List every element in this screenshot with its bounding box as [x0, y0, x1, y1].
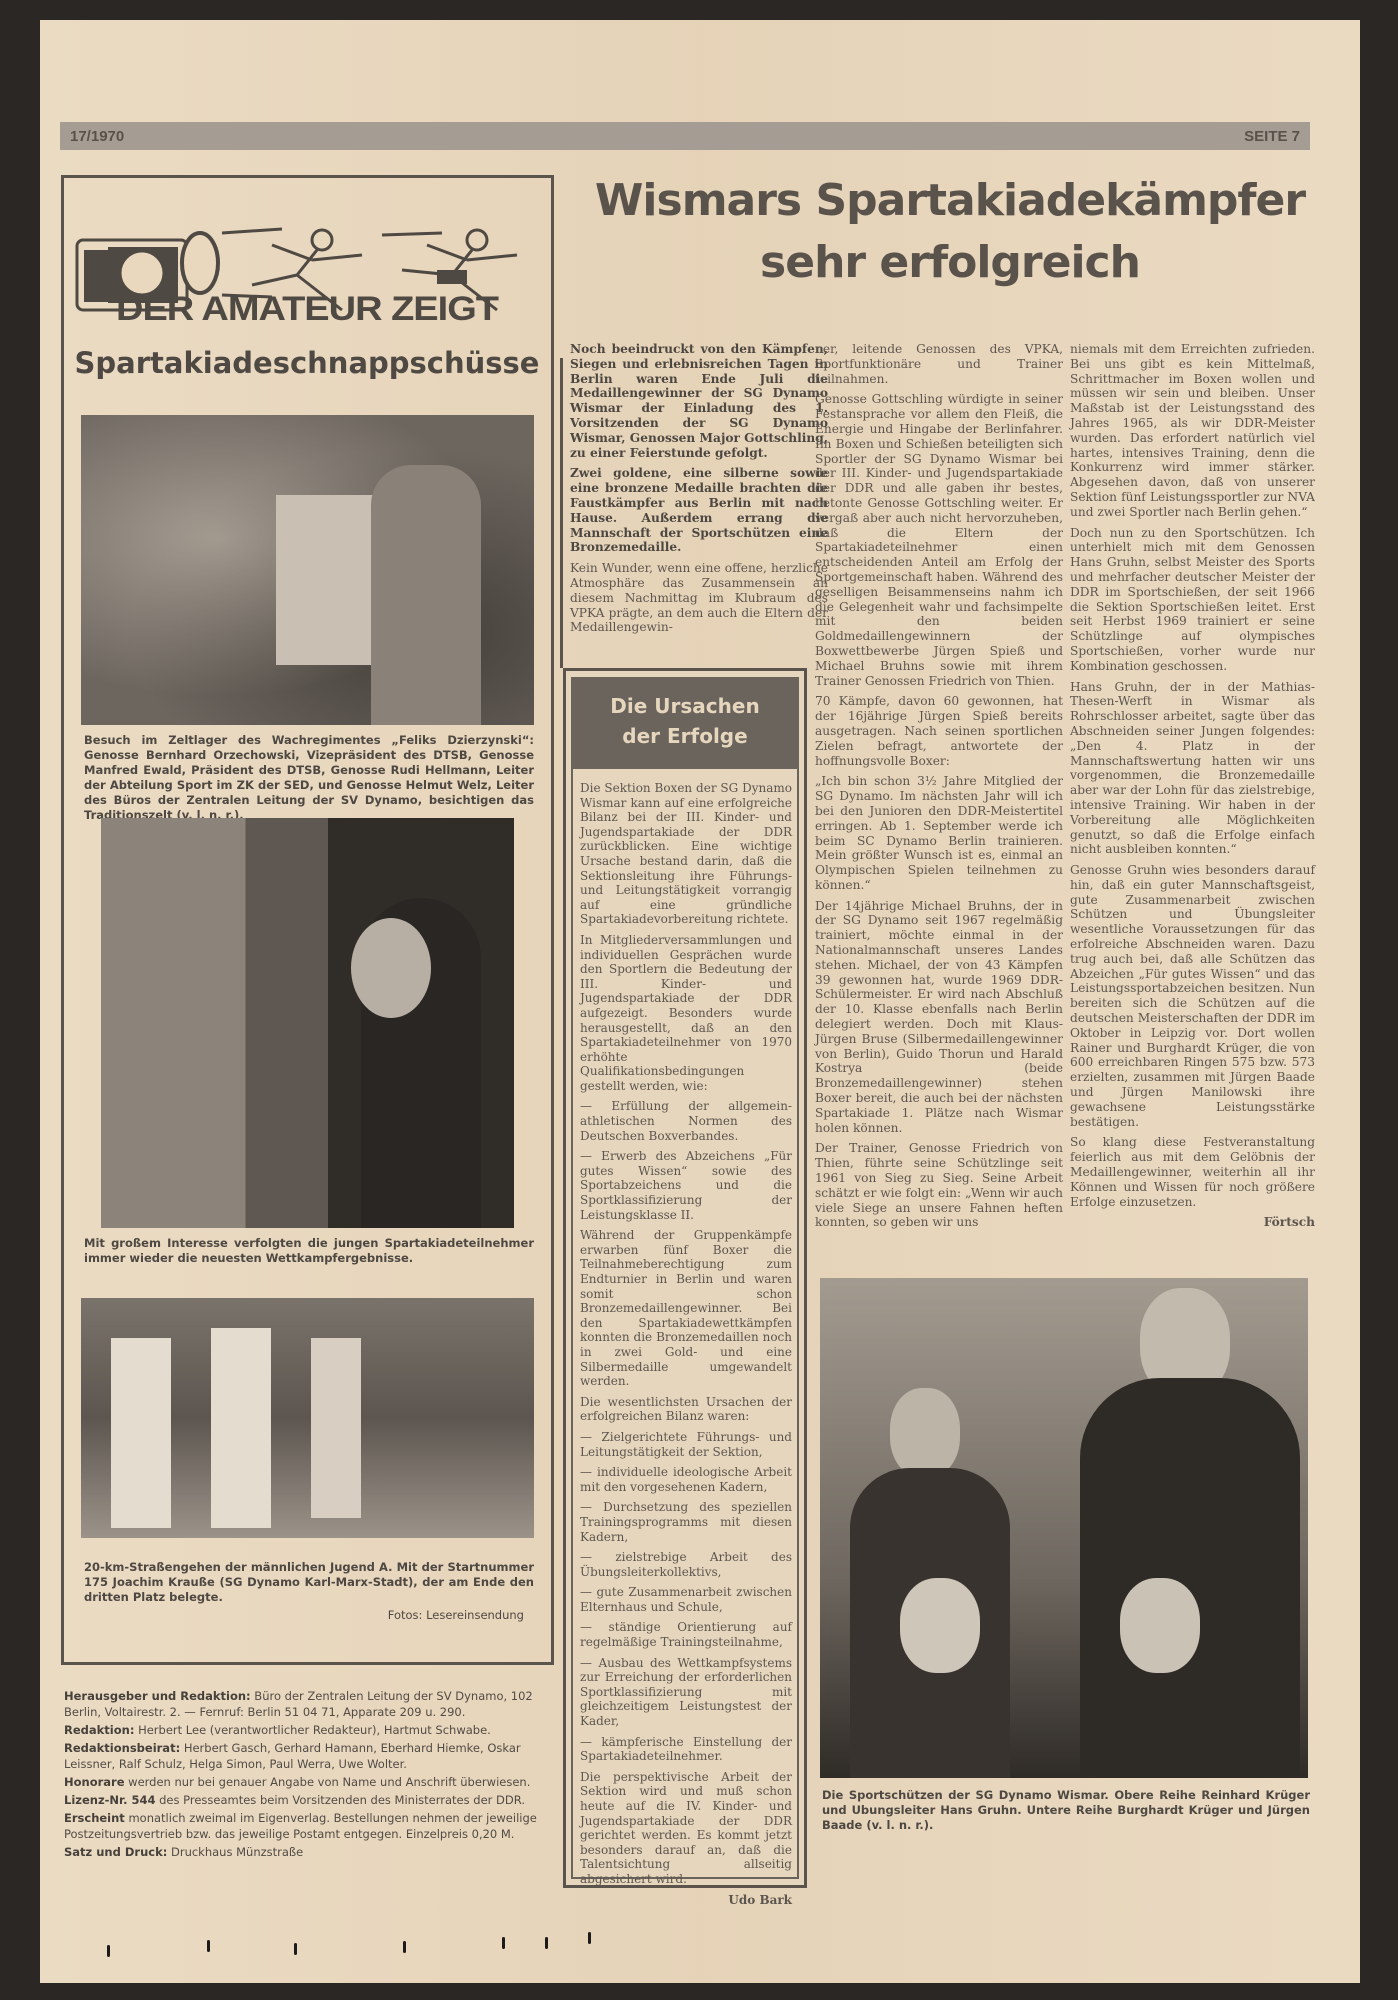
imprint-line: Herausgeber und Redaktion: Büro der Zent… — [64, 1688, 557, 1720]
imprint-line: Redaktion: Herbert Lee (verantwortlicher… — [64, 1722, 557, 1738]
photo-caption: Die Sportschützen der SG Dynamo Wismar. … — [822, 1788, 1310, 1833]
punch-hole — [107, 1945, 110, 1957]
photo-caption: Besuch im Zeltlager des Wachregimentes „… — [84, 733, 534, 823]
sidebox-author: Udo Bark — [580, 1893, 792, 1908]
imprint-line: Satz und Druck: Druckhaus Münzstraße — [64, 1844, 557, 1860]
imprint-line: Redaktionsbeirat: Herbert Gasch, Gerhard… — [64, 1740, 557, 1772]
photo-caption: Mit großem Interesse verfolgten die jung… — [84, 1236, 534, 1266]
newspaper-page: 17/1970 SEITE 7 DER AMATEUR ZEIGT Sparta… — [40, 20, 1360, 1983]
article-column-3: niemals mit dem Erreichten zufrieden. Be… — [1070, 342, 1315, 1236]
article-column-2: ner, leitende Genossen des VPKA, Sportfu… — [815, 342, 1063, 1236]
imprint: Herausgeber und Redaktion: Büro der Zent… — [64, 1688, 557, 1862]
article-author: Förtsch — [1070, 1215, 1315, 1230]
imprint-line: Honorare werden nur bei genauer Angabe v… — [64, 1774, 557, 1790]
logo-title: DER AMATEUR ZEIGT — [72, 290, 542, 329]
column-rule — [560, 358, 563, 668]
punch-hole — [502, 1937, 505, 1949]
imprint-line: Lizenz-Nr. 544 des Presseamtes beim Vors… — [64, 1792, 557, 1808]
photo-credit: Fotos: Lesereinsendung — [84, 1608, 524, 1622]
sidebox-title: Die Ursachen der Erfolge — [571, 677, 799, 769]
punch-hole — [294, 1943, 297, 1955]
issue-number: 17/1970 — [70, 128, 124, 145]
photo-sport-shooters — [820, 1278, 1308, 1778]
photo-race-walkers — [81, 1298, 534, 1538]
punch-hole — [588, 1932, 591, 1944]
article-headline: Wismars Spartakiadekämpfer sehr erfolgre… — [560, 170, 1340, 294]
amateur-photo-panel: DER AMATEUR ZEIGT Spartakiadeschnappschü… — [61, 175, 554, 1665]
punch-hole — [403, 1941, 406, 1953]
article-column-1: Noch beeindruckt von den Kämpfen, Siegen… — [570, 342, 828, 641]
page-number: SEITE 7 — [1244, 128, 1300, 145]
photo-young-participants — [101, 818, 514, 1228]
sidebox-text: Die Sektion Boxen der SG Dynamo Wismar k… — [580, 781, 792, 1913]
panel-subtitle: Spartakiadeschnappschüsse — [72, 346, 542, 380]
causes-sidebox: Die Ursachen der Erfolge Die Sektion Box… — [563, 668, 807, 1888]
punch-hole — [207, 1940, 210, 1952]
page-header-bar: 17/1970 SEITE 7 — [60, 122, 1310, 150]
punch-hole — [545, 1937, 548, 1949]
photo-visit-tent — [81, 415, 534, 725]
photo-caption: 20-km-Straßengehen der männlichen Jugend… — [84, 1560, 534, 1605]
imprint-line: Erscheint monatlich zweimal im Eigenverl… — [64, 1810, 557, 1842]
